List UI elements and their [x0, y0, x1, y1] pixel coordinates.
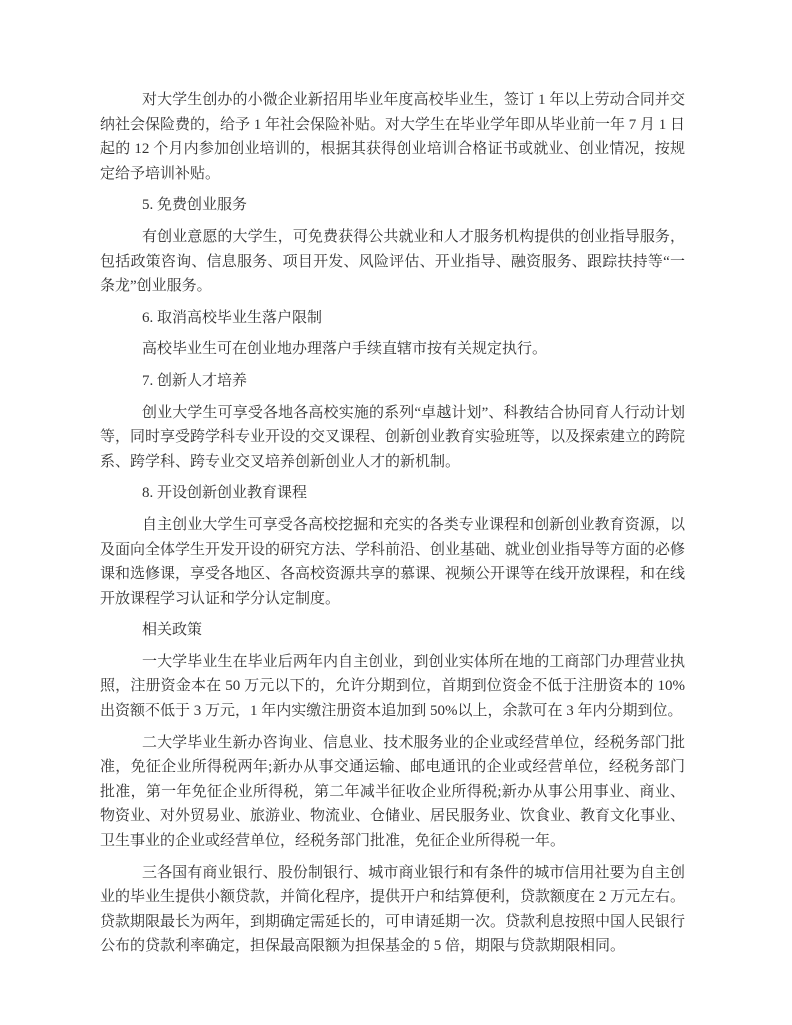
paragraph: 有创业意愿的大学生，可免费获得公共就业和人才服务机构提供的创业指导服务，包括政策…: [100, 225, 685, 299]
paragraph: 对大学生创办的小微企业新招用毕业年度高校毕业生，签订 1 年以上劳动合同并交纳社…: [100, 88, 685, 186]
section-heading: 5. 免费创业服务: [100, 193, 685, 218]
paragraph: 创业大学生可享受各地各高校实施的系列“卓越计划”、科教结合协同育人行动计划等，同…: [100, 401, 685, 475]
paragraph: 高校毕业生可在创业地办理落户手续直辖市按有关规定执行。: [100, 337, 685, 362]
paragraph: 一大学毕业生在毕业后两年内自主创业，到创业实体所在地的工商部门办理营业执照，注册…: [100, 650, 685, 724]
paragraph: 三各国有商业银行、股份制银行、城市商业银行和有条件的城市信用社要为自主创业的毕业…: [100, 861, 685, 959]
document-page: 对大学生创办的小微企业新招用毕业年度高校毕业生，签订 1 年以上劳动合同并交纳社…: [0, 0, 792, 1025]
paragraph: 二大学毕业生新办咨询业、信息业、技术服务业的企业或经营单位，经税务部门批准，免征…: [100, 731, 685, 854]
section-heading: 6. 取消高校毕业生落户限制: [100, 306, 685, 331]
section-heading: 相关政策: [100, 618, 685, 643]
document-body: 对大学生创办的小微企业新招用毕业年度高校毕业生，签订 1 年以上劳动合同并交纳社…: [100, 88, 685, 959]
section-heading: 8. 开设创新创业教育课程: [100, 481, 685, 506]
section-heading: 7. 创新人才培养: [100, 369, 685, 394]
paragraph: 自主创业大学生可享受各高校挖掘和充实的各类专业课程和创新创业教育资源，以及面向全…: [100, 513, 685, 611]
